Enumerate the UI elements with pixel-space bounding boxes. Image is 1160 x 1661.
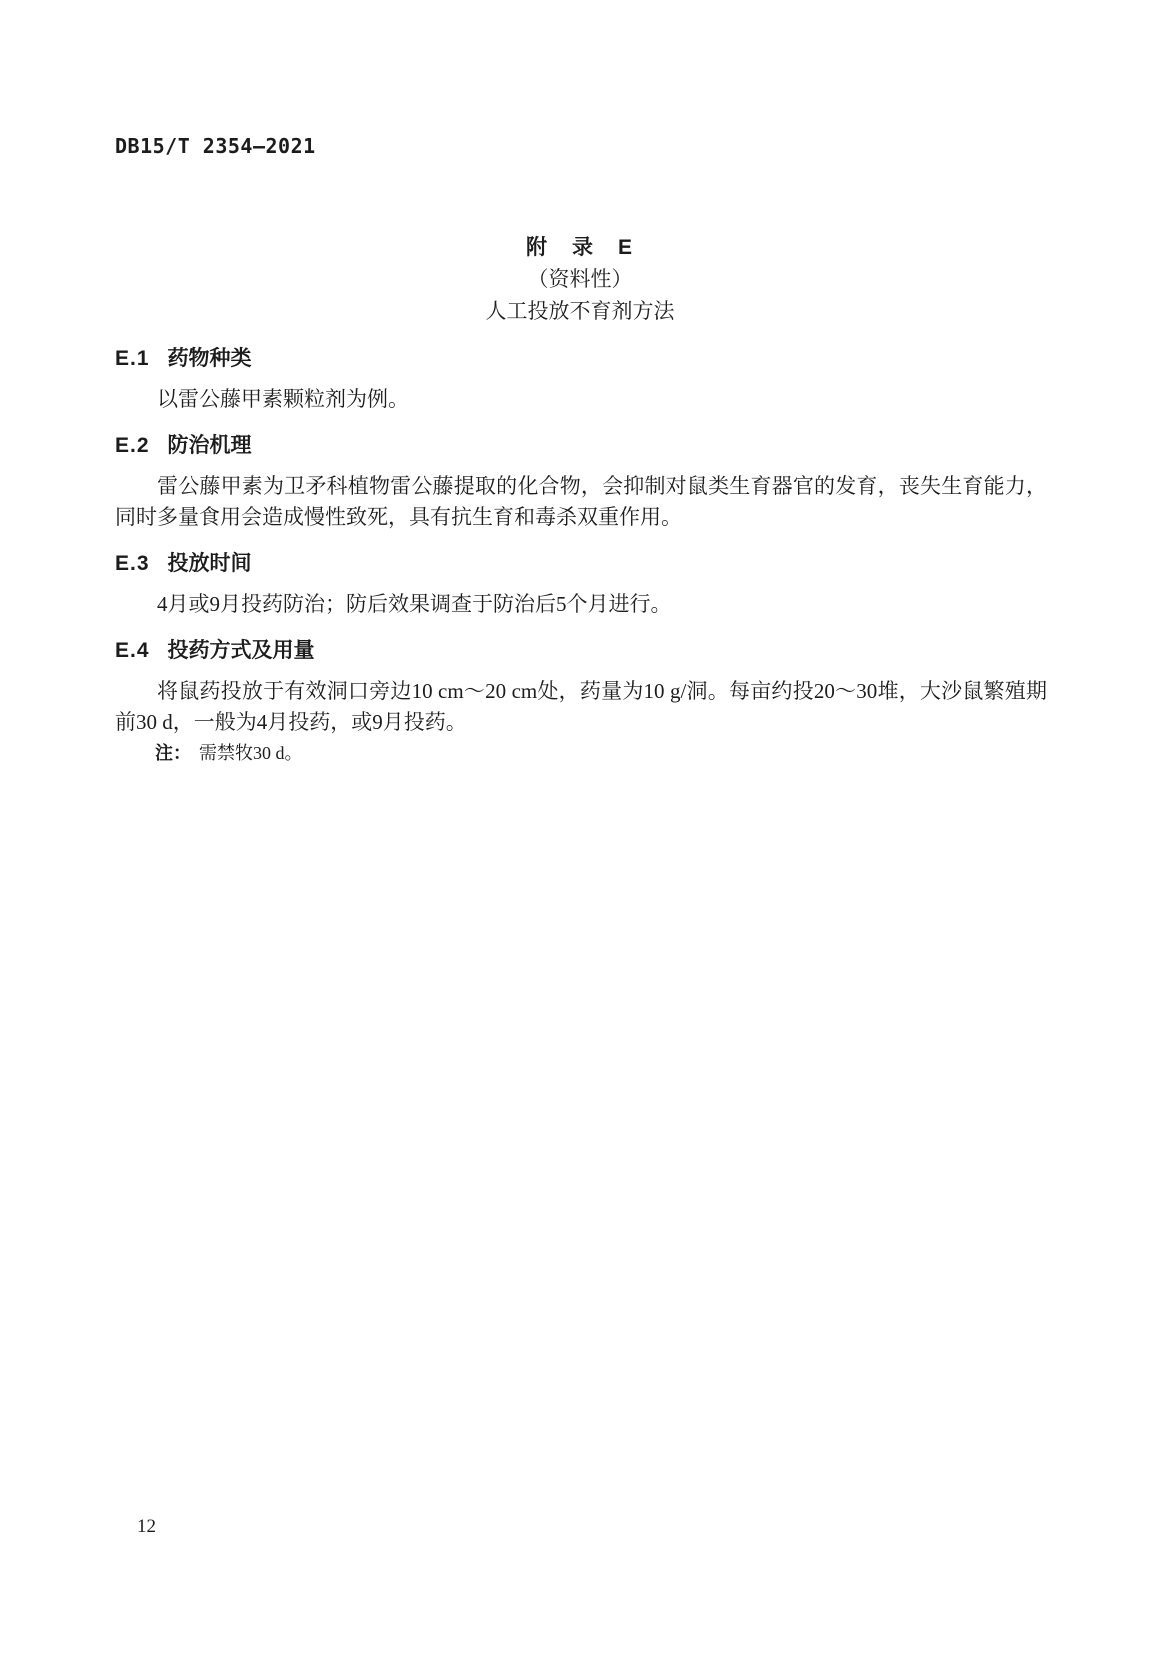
section-e2-number: E.2 — [115, 434, 150, 457]
note-label: 注： — [155, 743, 191, 763]
appendix-label: 附 录 E — [0, 232, 1160, 264]
section-e3: E.3投放时间 4月或9月投药防治；防后效果调查于防治后5个月进行。 — [115, 550, 1047, 620]
appendix-name: 人工投放不育剂方法 — [0, 296, 1160, 328]
section-e1-title: 药物种类 — [168, 347, 252, 370]
section-e4-paragraph: 将鼠药投放于有效洞口旁边10 cm～20 cm处，药量为10 g/洞。每亩约投2… — [115, 676, 1047, 738]
section-e4-heading: E.4投药方式及用量 — [115, 637, 1047, 665]
section-e3-heading: E.3投放时间 — [115, 550, 1047, 578]
document-page: DB15/T 2354—2021 附 录 E （资料性） 人工投放不育剂方法 E… — [0, 0, 1160, 1661]
section-e3-paragraph: 4月或9月投药防治；防后效果调查于防治后5个月进行。 — [115, 589, 1047, 620]
section-e2: E.2防治机理 雷公藤甲素为卫矛科植物雷公藤提取的化合物，会抑制对鼠类生育器官的… — [115, 432, 1047, 533]
document-body: E.1药物种类 以雷公藤甲素颗粒剂为例。 E.2防治机理 雷公藤甲素为卫矛科植物… — [115, 345, 1047, 765]
section-e4-title: 投药方式及用量 — [168, 639, 315, 662]
note-text: 需禁牧30 d。 — [199, 743, 303, 763]
section-e4: E.4投药方式及用量 将鼠药投放于有效洞口旁边10 cm～20 cm处，药量为1… — [115, 637, 1047, 765]
section-e3-title: 投放时间 — [168, 552, 252, 575]
section-e1-number: E.1 — [115, 347, 150, 370]
section-e1-paragraph: 以雷公藤甲素颗粒剂为例。 — [115, 384, 1047, 415]
section-e2-title: 防治机理 — [168, 434, 252, 457]
section-e1: E.1药物种类 以雷公藤甲素颗粒剂为例。 — [115, 345, 1047, 415]
section-e3-number: E.3 — [115, 552, 150, 575]
section-e4-note: 注：需禁牧30 d。 — [155, 741, 1047, 765]
appendix-title-block: 附 录 E （资料性） 人工投放不育剂方法 — [0, 232, 1160, 328]
section-e1-heading: E.1药物种类 — [115, 345, 1047, 373]
section-e2-heading: E.2防治机理 — [115, 432, 1047, 460]
section-e4-number: E.4 — [115, 639, 150, 662]
page-number: 12 — [137, 1516, 156, 1538]
section-e2-paragraph: 雷公藤甲素为卫矛科植物雷公藤提取的化合物，会抑制对鼠类生育器官的发育，丧失生育能… — [115, 471, 1047, 533]
standard-number: DB15/T 2354—2021 — [115, 135, 1160, 158]
appendix-type: （资料性） — [0, 264, 1160, 296]
